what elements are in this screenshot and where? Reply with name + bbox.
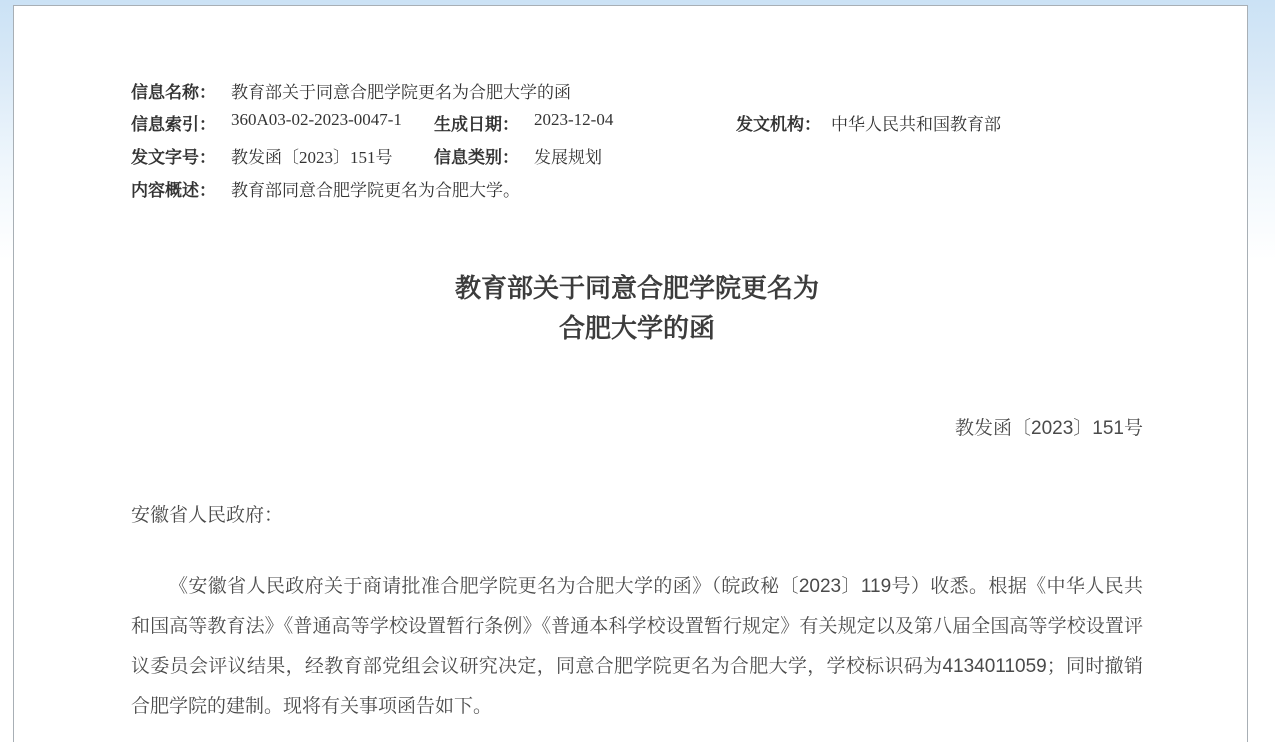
meta-value-info-index: 360A03-02-2023-0047-1	[231, 110, 402, 130]
document-content: 信息名称： 教育部关于同意合肥学院更名为合肥大学的函 信息索引： 360A03-…	[131, 6, 1143, 742]
meta-row-docnum-category: 发文字号： 教发函〔2023〕151号 信息类别： 发展规划	[131, 143, 1143, 167]
meta-value-info-name: 教育部关于同意合肥学院更名为合肥大学的函	[231, 78, 571, 103]
meta-label-doc-number: 发文字号：	[131, 143, 216, 168]
salutation: 安徽省人民政府：	[131, 500, 283, 527]
meta-row-index-date-agency: 信息索引： 360A03-02-2023-0047-1 生成日期： 2023-1…	[131, 110, 1143, 134]
body-paragraph: 《安徽省人民政府关于商请批准合肥学院更名为合肥大学的函》（皖政秘〔2023〕11…	[131, 567, 1143, 727]
meta-value-content-summary: 教育部同意合肥学院更名为合肥大学。	[231, 176, 520, 201]
document-reference-number: 教发函〔2023〕151号	[955, 413, 1143, 440]
meta-value-info-category: 发展规划	[534, 143, 602, 168]
document-panel: 信息名称： 教育部关于同意合肥学院更名为合肥大学的函 信息索引： 360A03-…	[13, 5, 1248, 742]
meta-label-info-category: 信息类别：	[434, 143, 519, 168]
meta-label-info-index: 信息索引：	[131, 110, 216, 135]
meta-value-issuing-agency: 中华人民共和国教育部	[831, 110, 1001, 135]
meta-value-doc-number: 教发函〔2023〕151号	[231, 143, 393, 168]
meta-label-issuing-agency: 发文机构：	[736, 110, 821, 135]
meta-label-content-summary: 内容概述：	[131, 176, 216, 201]
document-title-line2: 合肥大学的函	[131, 308, 1143, 348]
document-title: 教育部关于同意合肥学院更名为 合肥大学的函	[131, 268, 1143, 348]
meta-label-generated-date: 生成日期：	[434, 110, 519, 135]
meta-row-name: 信息名称： 教育部关于同意合肥学院更名为合肥大学的函	[131, 78, 1143, 102]
meta-label-info-name: 信息名称：	[131, 78, 216, 103]
meta-row-summary: 内容概述： 教育部同意合肥学院更名为合肥大学。	[131, 176, 1143, 200]
document-title-line1: 教育部关于同意合肥学院更名为	[131, 268, 1143, 308]
meta-value-generated-date: 2023-12-04	[534, 110, 613, 130]
